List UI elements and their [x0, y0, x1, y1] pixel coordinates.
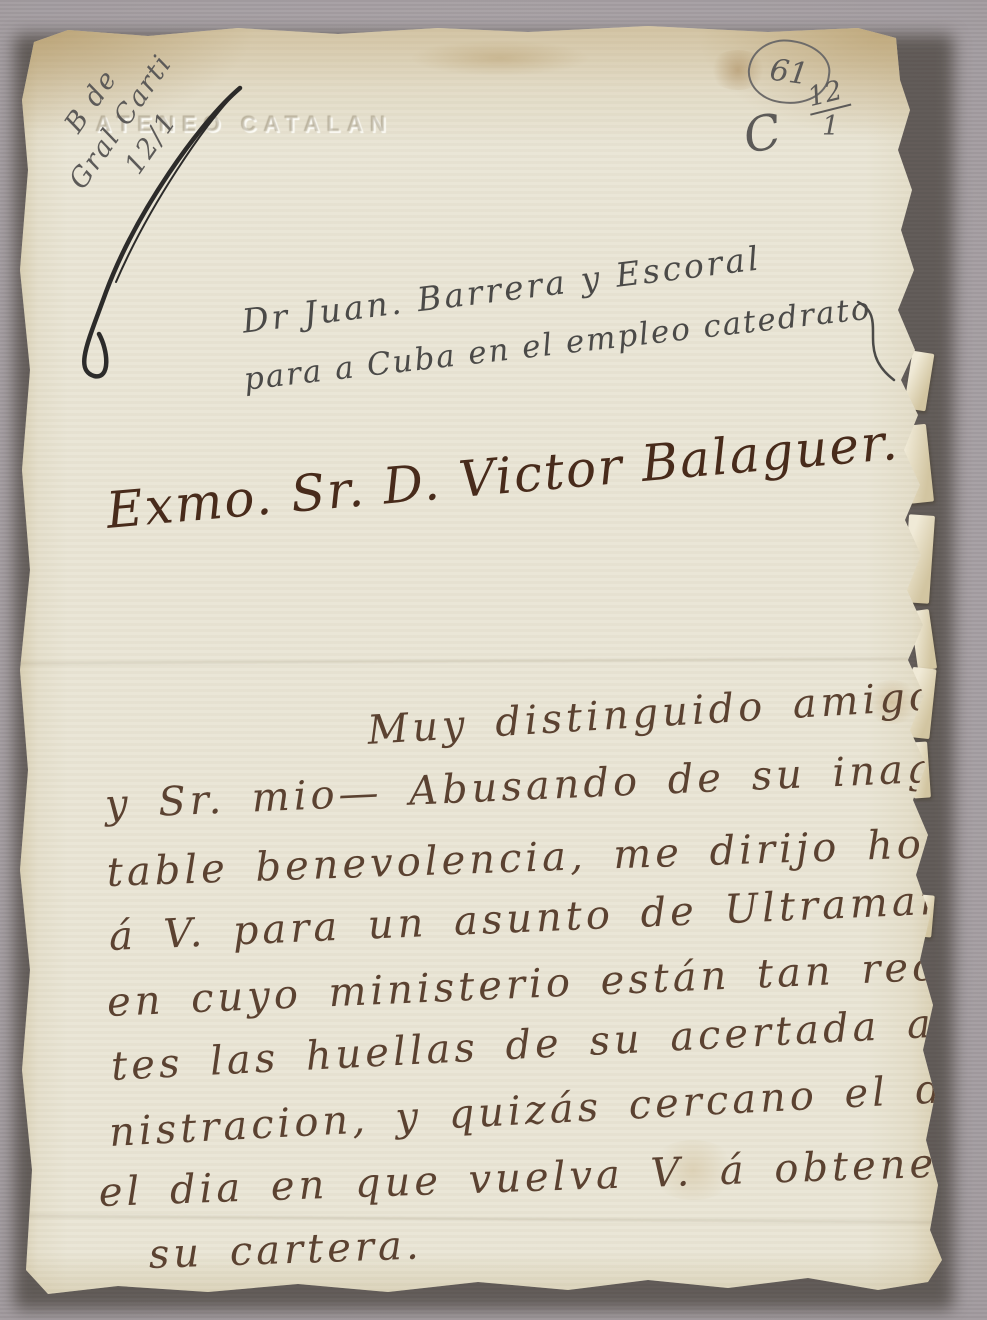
- scanned-letter-page: { "scan": { "mount_color": "#a9a2a6", "p…: [0, 0, 987, 1320]
- letter-sheet: ATENEO CATALAN B de Gral Carti 12/1 61 C…: [8, 20, 956, 1308]
- reference-fraction: 12 1: [806, 78, 848, 142]
- reference-denominator: 1: [822, 111, 839, 142]
- body-line: su cartera.: [148, 1222, 423, 1278]
- reference-numerator: 12: [803, 73, 852, 115]
- paraph-flourish: [84, 88, 240, 376]
